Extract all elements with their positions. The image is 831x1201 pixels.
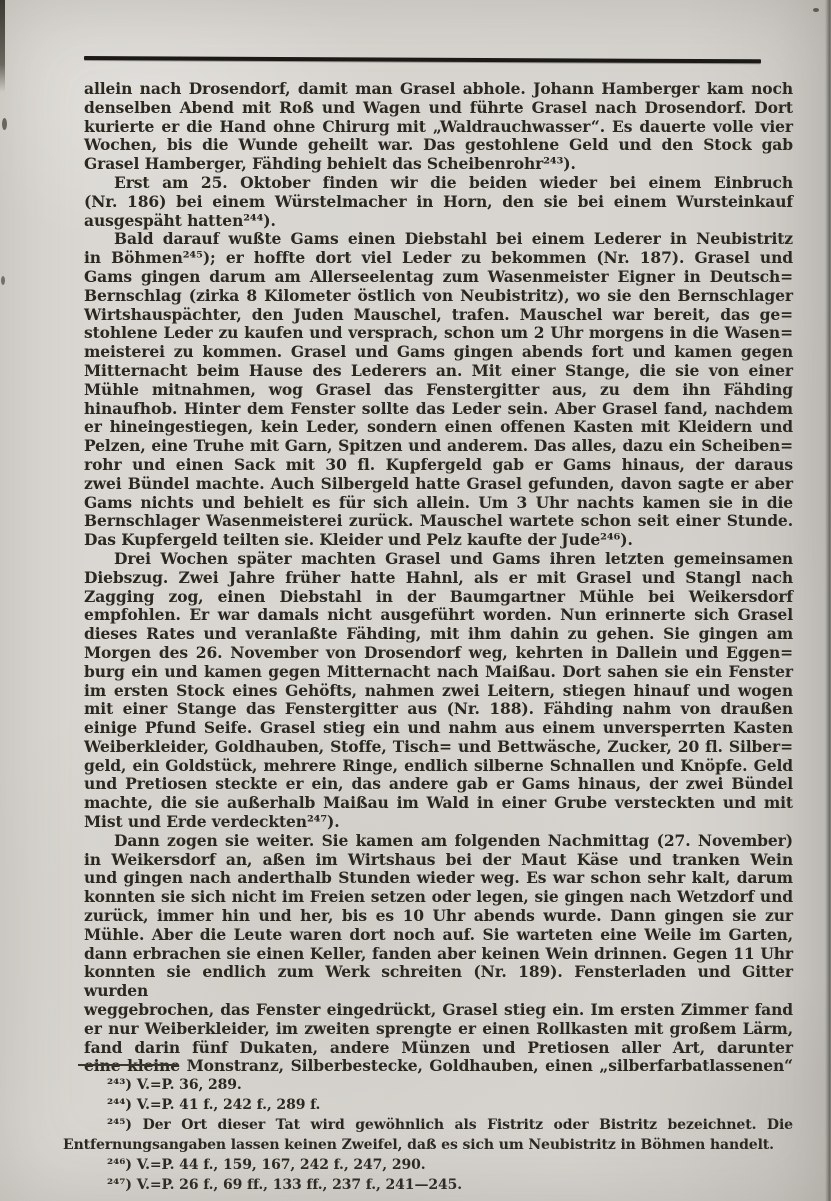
text-line: Bernschlager Wasenmeisterei zurück. Maus… bbox=[84, 512, 793, 531]
text-line: Mitternacht beim Hause des Lederers an. … bbox=[84, 362, 793, 381]
text-line: denselben Abend mit Roß und Wagen und fü… bbox=[84, 99, 793, 118]
text-line: stohlene Leder zu kaufen und versprach, … bbox=[84, 324, 793, 343]
text-line: (Nr. 186) bei einem Würstelmacher in Hor… bbox=[84, 193, 793, 212]
text-line: Zagging zog, einen Diebstahl in der Baum… bbox=[84, 588, 793, 607]
text-line: Das Kupfergeld teilten sie. Kleider und … bbox=[84, 531, 793, 550]
footnote-marker: ²⁴⁵) bbox=[107, 1117, 132, 1133]
text-line: rohr und einen Sack mit 30 fl. Kupfergel… bbox=[84, 456, 793, 475]
footnote-marker: ²⁴⁶) bbox=[107, 1157, 132, 1173]
text-line: Bernschlag (zirka 8 Kilometer östlich vo… bbox=[84, 287, 793, 306]
text-line: mit einer Stange das Fenstergitter aus (… bbox=[84, 700, 793, 719]
text-line: machte, die sie außerhalb Maißau im Wald… bbox=[84, 794, 793, 813]
footnote-: ²⁴⁷) V.=P. 26 f., 69 ff., 133 ff., 237 f… bbox=[63, 1175, 793, 1195]
body-text: allein nach Drosendorf, damit man Grasel… bbox=[84, 80, 793, 1076]
footnotes: ²⁴³) V.=P. 36, 289.²⁴⁴) V.=P. 41 f., 242… bbox=[63, 1075, 793, 1195]
paragraph-1: allein nach Drosendorf, damit man Grasel… bbox=[84, 80, 793, 174]
paragraph-5: Dann zogen sie weiter. Sie kamen am folg… bbox=[84, 832, 793, 1076]
text-line: Dann zogen sie weiter. Sie kamen am folg… bbox=[84, 832, 793, 851]
text-line: und gingen nach anderthalb Stunden wiede… bbox=[84, 869, 793, 888]
text-line: im ersten Stock eines Gehöfts, nahmen zw… bbox=[84, 682, 793, 701]
text-line: er hineingestiegen, kein Leder, sondern … bbox=[84, 418, 793, 437]
text-line: Wirtshauspächter, den Juden Mauschel, tr… bbox=[84, 306, 793, 325]
footnote-separator-rule bbox=[78, 1064, 178, 1066]
text-line: allein nach Drosendorf, damit man Grasel… bbox=[84, 80, 793, 99]
footnote-line: ²⁴⁶) V.=P. 44 f., 159, 167, 242 f., 247,… bbox=[63, 1155, 793, 1175]
text-line: Mist und Erde verdeckten²⁴⁷). bbox=[84, 813, 793, 832]
paragraph-3: Bald darauf wußte Gams einen Diebstahl b… bbox=[84, 230, 793, 550]
text-line: burg ein und kamen gegen Mitternacht nac… bbox=[84, 663, 793, 682]
footnote-marker: ²⁴³) bbox=[107, 1077, 132, 1093]
text-line: Gams nichts und behielt es für sich alle… bbox=[84, 494, 793, 513]
footnote-line: Entfernungsangaben lassen keinen Zweifel… bbox=[63, 1135, 793, 1155]
footnote-line: ²⁴⁵) Der Ort dieser Tat wird gewöhnlich … bbox=[63, 1115, 793, 1135]
text-line: weggebrochen, das Fenster eingedrückt, G… bbox=[84, 1001, 793, 1020]
text-line: er nur Weiberkleider, im zweiten sprengt… bbox=[84, 1020, 793, 1039]
text-line: Weiberkleider, Goldhauben, Stoffe, Tisch… bbox=[84, 738, 793, 757]
text-line: konnten sie endlich zum Werk schreiten (… bbox=[84, 963, 793, 1001]
text-line: Grasel Hamberger, Fähding behielt das Sc… bbox=[84, 155, 793, 174]
text-line: Diebszug. Zwei Jahre früher hatte Hahnl,… bbox=[84, 569, 793, 588]
text-line: Mühle. Aber die Leute waren dort noch au… bbox=[84, 926, 793, 945]
text-line: Erst am 25. Oktober finden wir die beide… bbox=[84, 174, 793, 193]
text-line: zurück, immer hin und her, bis es 10 Uhr… bbox=[84, 907, 793, 926]
scanned-book-page: allein nach Drosendorf, damit man Grasel… bbox=[0, 0, 831, 1201]
text-line: konnten sie sich nicht im Freien setzen … bbox=[84, 888, 793, 907]
scan-edge-artifact-top-left bbox=[0, 0, 5, 92]
scan-speck bbox=[813, 8, 819, 12]
text-line: geld, ein Goldstück, mehrere Ringe, endl… bbox=[84, 757, 793, 776]
scan-edge-artifact-right bbox=[825, 0, 831, 1201]
text-line: dieses Rates und veranlaßte Fähding, mit… bbox=[84, 625, 793, 644]
text-line: fand darin fünf Dukaten, andere Münzen u… bbox=[84, 1039, 793, 1058]
text-line: meisterei zu kommen. Grasel und Gams gin… bbox=[84, 343, 793, 362]
scan-speck bbox=[1, 276, 5, 285]
text-line: Wochen, bis die Wunde geheilt war. Das g… bbox=[84, 136, 793, 155]
text-line: Pelzen, eine Truhe mit Garn, Spitzen und… bbox=[84, 437, 793, 456]
footnote-marker: ²⁴⁴) bbox=[107, 1097, 132, 1113]
scan-speck bbox=[2, 118, 7, 130]
text-line: empfohlen. Er war damals nicht ausgeführ… bbox=[84, 606, 793, 625]
text-line: Bald darauf wußte Gams einen Diebstahl b… bbox=[84, 230, 793, 249]
footnote-line: ²⁴³) V.=P. 36, 289. bbox=[63, 1075, 793, 1095]
text-line: dann erbrachen sie einen Keller, fanden … bbox=[84, 945, 793, 964]
footnote-: ²⁴⁶) V.=P. 44 f., 159, 167, 242 f., 247,… bbox=[63, 1155, 793, 1175]
text-line: eine kleine Monstranz, Silberbestecke, G… bbox=[84, 1057, 793, 1076]
text-line: hinaufhob. Hinter dem Fenster sollte das… bbox=[84, 400, 793, 419]
text-line: und Pretiosen steckte er ein, das andere… bbox=[84, 775, 793, 794]
text-line: Mühle mitnahmen, wog Grasel das Fensterg… bbox=[84, 381, 793, 400]
text-line: in Weikersdorf an, aßen im Wirtshaus bei… bbox=[84, 851, 793, 870]
paragraph-2: Erst am 25. Oktober finden wir die beide… bbox=[84, 174, 793, 230]
text-line: einige Pfund Seife. Grasel stieg ein und… bbox=[84, 719, 793, 738]
footnote-: ²⁴⁵) Der Ort dieser Tat wird gewöhnlich … bbox=[63, 1115, 793, 1155]
footnote-: ²⁴⁴) V.=P. 41 f., 242 f., 289 f. bbox=[63, 1095, 793, 1115]
footnote-marker: ²⁴⁷) bbox=[107, 1177, 132, 1193]
paragraph-4: Drei Wochen später machten Grasel und Ga… bbox=[84, 550, 793, 832]
footnote-line: ²⁴⁴) V.=P. 41 f., 242 f., 289 f. bbox=[63, 1095, 793, 1115]
text-line: Gams gingen darum am Allerseelentag zum … bbox=[84, 268, 793, 287]
text-line: Morgen des 26. November von Drosendorf w… bbox=[84, 644, 793, 663]
footnote-: ²⁴³) V.=P. 36, 289. bbox=[63, 1075, 793, 1095]
text-line: ausgespäht hatten²⁴⁴). bbox=[84, 212, 793, 231]
header-rule bbox=[84, 56, 761, 63]
text-line: kurierte er die Hand ohne Chirurg mit „W… bbox=[84, 118, 793, 137]
text-line: zwei Bündel machte. Auch Silbergeld hatt… bbox=[84, 475, 793, 494]
text-line: Drei Wochen später machten Grasel und Ga… bbox=[84, 550, 793, 569]
footnote-line: ²⁴⁷) V.=P. 26 f., 69 ff., 133 ff., 237 f… bbox=[63, 1175, 793, 1195]
text-line: in Böhmen²⁴⁵); er hoffte dort viel Leder… bbox=[84, 249, 793, 268]
